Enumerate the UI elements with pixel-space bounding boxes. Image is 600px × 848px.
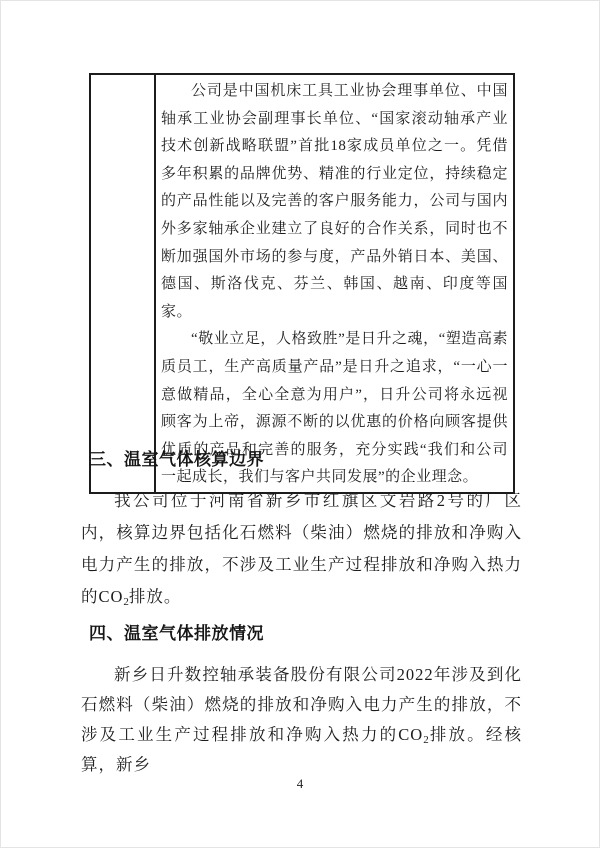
table-content-cell: 公司是中国机床工具工业协会理事单位、中国轴承工业协会副理事长单位、“国家滚动轴承… — [155, 74, 514, 493]
table-row: 公司是中国机床工具工业协会理事单位、中国轴承工业协会副理事长单位、“国家滚动轴承… — [90, 74, 514, 493]
section-4-paragraph: 新乡日升数控轴承装备股份有限公司2022年涉及到化石燃料（柴油）燃烧的排放和净购… — [81, 660, 522, 780]
page-number: 4 — [1, 776, 599, 792]
section-3-paragraph: 我公司位于河南省新乡市红旗区文岩路2号的厂区内，核算边界包括化石燃料（柴油）燃烧… — [81, 485, 522, 613]
section-3-heading: 三、温室气体核算边界 — [89, 450, 264, 470]
company-profile-table: 公司是中国机床工具工业协会理事单位、中国轴承工业协会副理事长单位、“国家滚动轴承… — [89, 73, 515, 494]
section-4-heading: 四、温室气体排放情况 — [89, 624, 264, 644]
company-profile-paragraph: 公司是中国机床工具工业协会理事单位、中国轴承工业协会副理事长单位、“国家滚动轴承… — [161, 78, 508, 326]
section-3-text-end: 排放。 — [129, 587, 182, 606]
document-page: 公司是中国机床工具工业协会理事单位、中国轴承工业协会副理事长单位、“国家滚动轴承… — [0, 0, 600, 848]
table-label-cell — [90, 74, 155, 493]
